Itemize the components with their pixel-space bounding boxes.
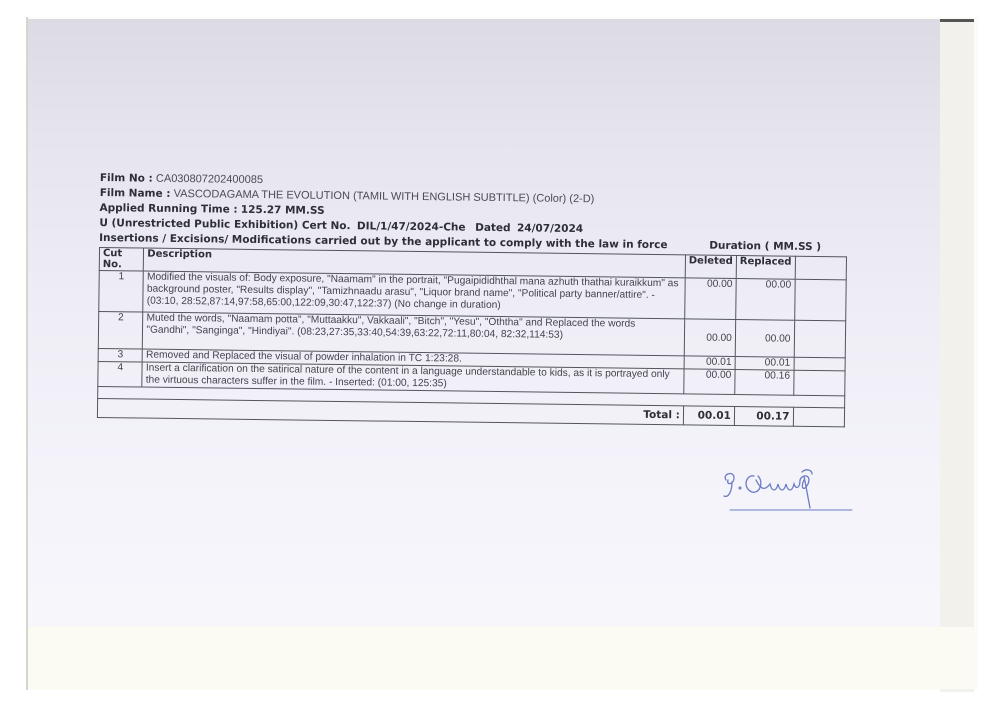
film-name-label: Film Name : bbox=[100, 187, 171, 200]
extra-cell bbox=[793, 370, 845, 396]
cut-no-cell: 2 bbox=[98, 311, 143, 349]
description-cell: Modified the visuals of: Body exposure, … bbox=[143, 271, 685, 319]
film-name-value: VASCODAGAMA THE EVOLUTION (TAMIL WITH EN… bbox=[174, 188, 595, 205]
total-deleted: 00.01 bbox=[683, 406, 734, 426]
deleted-cell: 00.00 bbox=[684, 369, 735, 395]
signature-icon bbox=[720, 466, 860, 516]
cuts-table: Cut No. Description Deleted Replaced 1 M… bbox=[97, 247, 847, 427]
replaced-cell: 00.00 bbox=[735, 319, 794, 357]
dated-value: 24/07/2024 bbox=[517, 222, 583, 235]
extra-cell bbox=[794, 320, 846, 358]
cut-no-cell: 4 bbox=[98, 361, 143, 387]
extra-cell bbox=[794, 357, 846, 371]
dated-label: Dated bbox=[475, 222, 511, 234]
cert-label: U (Unrestricted Public Exhibition) Cert … bbox=[99, 217, 350, 232]
cut-no-cell: 3 bbox=[98, 348, 143, 362]
header-cut-no: Cut No. bbox=[99, 248, 144, 272]
scan-edge-strip bbox=[940, 19, 974, 692]
replaced-cell: 00.01 bbox=[735, 356, 794, 370]
scan-bottom-margin bbox=[28, 627, 974, 689]
cut-no-cell: 1 bbox=[99, 270, 144, 312]
deleted-cell: 00.00 bbox=[685, 278, 737, 320]
header-replaced: Replaced bbox=[736, 256, 795, 280]
total-extra-cell bbox=[793, 407, 845, 427]
total-replaced: 00.17 bbox=[734, 406, 793, 426]
cert-no-value: DIL/1/47/2024-Che bbox=[357, 220, 466, 233]
header-extra bbox=[795, 256, 847, 280]
duration-heading: Duration ( MM.SS ) bbox=[709, 240, 821, 253]
deleted-cell: 00.01 bbox=[684, 356, 735, 370]
film-no-value: CA030807202400085 bbox=[156, 173, 263, 186]
header-deleted: Deleted bbox=[685, 255, 736, 279]
extra-cell bbox=[794, 279, 846, 321]
certificate-content: Film No : CA030807202400085 Film Name : … bbox=[97, 172, 850, 427]
film-no-label: Film No : bbox=[100, 172, 153, 185]
running-time-label: Applied Running Time : bbox=[99, 202, 237, 216]
replaced-cell: 00.16 bbox=[735, 369, 794, 395]
deleted-cell: 00.00 bbox=[684, 319, 735, 357]
replaced-cell: 00.00 bbox=[736, 279, 795, 321]
running-time-value: 125.27 MM.SS bbox=[241, 204, 325, 217]
